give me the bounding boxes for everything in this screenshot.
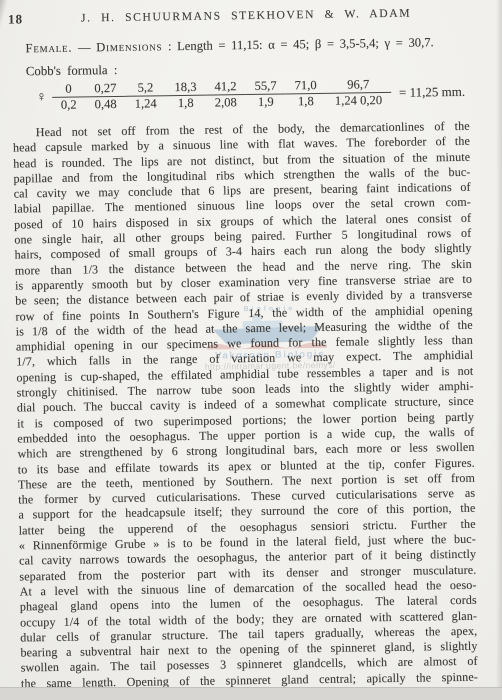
- fraction-numerator-value: 18,3: [165, 80, 205, 96]
- fraction-denominator-value: 1,9: [246, 94, 286, 110]
- female-label: Female.: [25, 41, 72, 56]
- scan-bottom-edge: [0, 687, 502, 700]
- fraction-denominator-value: 1,8: [286, 93, 326, 109]
- fraction-denominator-value: 1,24 0,20: [326, 92, 391, 108]
- page-content: 18 J. H. SCHUURMANS STEKHOVEN & W. ADAM …: [0, 0, 502, 700]
- page-number: 18: [8, 11, 23, 27]
- dimensions-label: Dimensions: [96, 39, 162, 54]
- formula-result: = 11,25 mm.: [399, 83, 465, 100]
- scanned-page: 18 J. H. SCHUURMANS STEKHOVEN & W. ADAM …: [0, 0, 502, 700]
- dash-separator: —: [78, 40, 91, 54]
- running-title: J. H. SCHUURMANS STEKHOVEN & W. ADAM: [0, 5, 497, 25]
- fraction-denominator-value: 0,2: [52, 97, 86, 113]
- fraction-numerator-value: 5,2: [125, 80, 165, 96]
- female-symbol: ♀: [36, 90, 47, 106]
- paragraph: Head not set off from the rest of the bo…: [13, 119, 478, 692]
- cobb-fraction: 00,275,218,341,255,771,096,7 0,20,481,24…: [52, 77, 392, 113]
- dimensions-line: Female. — Dimensions : Length = 11,15: α…: [25, 35, 469, 57]
- fraction-denominator-value: 1,8: [166, 95, 206, 111]
- fraction-denominator-value: 1,24: [126, 96, 166, 112]
- fraction-numerator-value: 96,7: [326, 77, 391, 93]
- fraction-numerator-value: 55,7: [245, 78, 285, 94]
- fraction-numerator-value: 0: [52, 81, 86, 97]
- fraction-denominator-value: 2,08: [206, 95, 246, 111]
- fraction-denominator-value: 0,48: [85, 96, 125, 112]
- fraction-numerator-value: 0,27: [85, 81, 125, 97]
- fraction-numerator-value: 41,2: [205, 79, 245, 95]
- cobb-formula: ♀ 00,275,218,341,255,771,096,7 0,20,481,…: [36, 75, 498, 113]
- page-header: 18 J. H. SCHUURMANS STEKHOVEN & W. ADAM: [0, 0, 497, 29]
- fraction-numerator-value: 71,0: [285, 78, 325, 94]
- dimensions-values: : Length = 11,15: α = 45; β = 3,5-5,4; γ…: [168, 35, 434, 53]
